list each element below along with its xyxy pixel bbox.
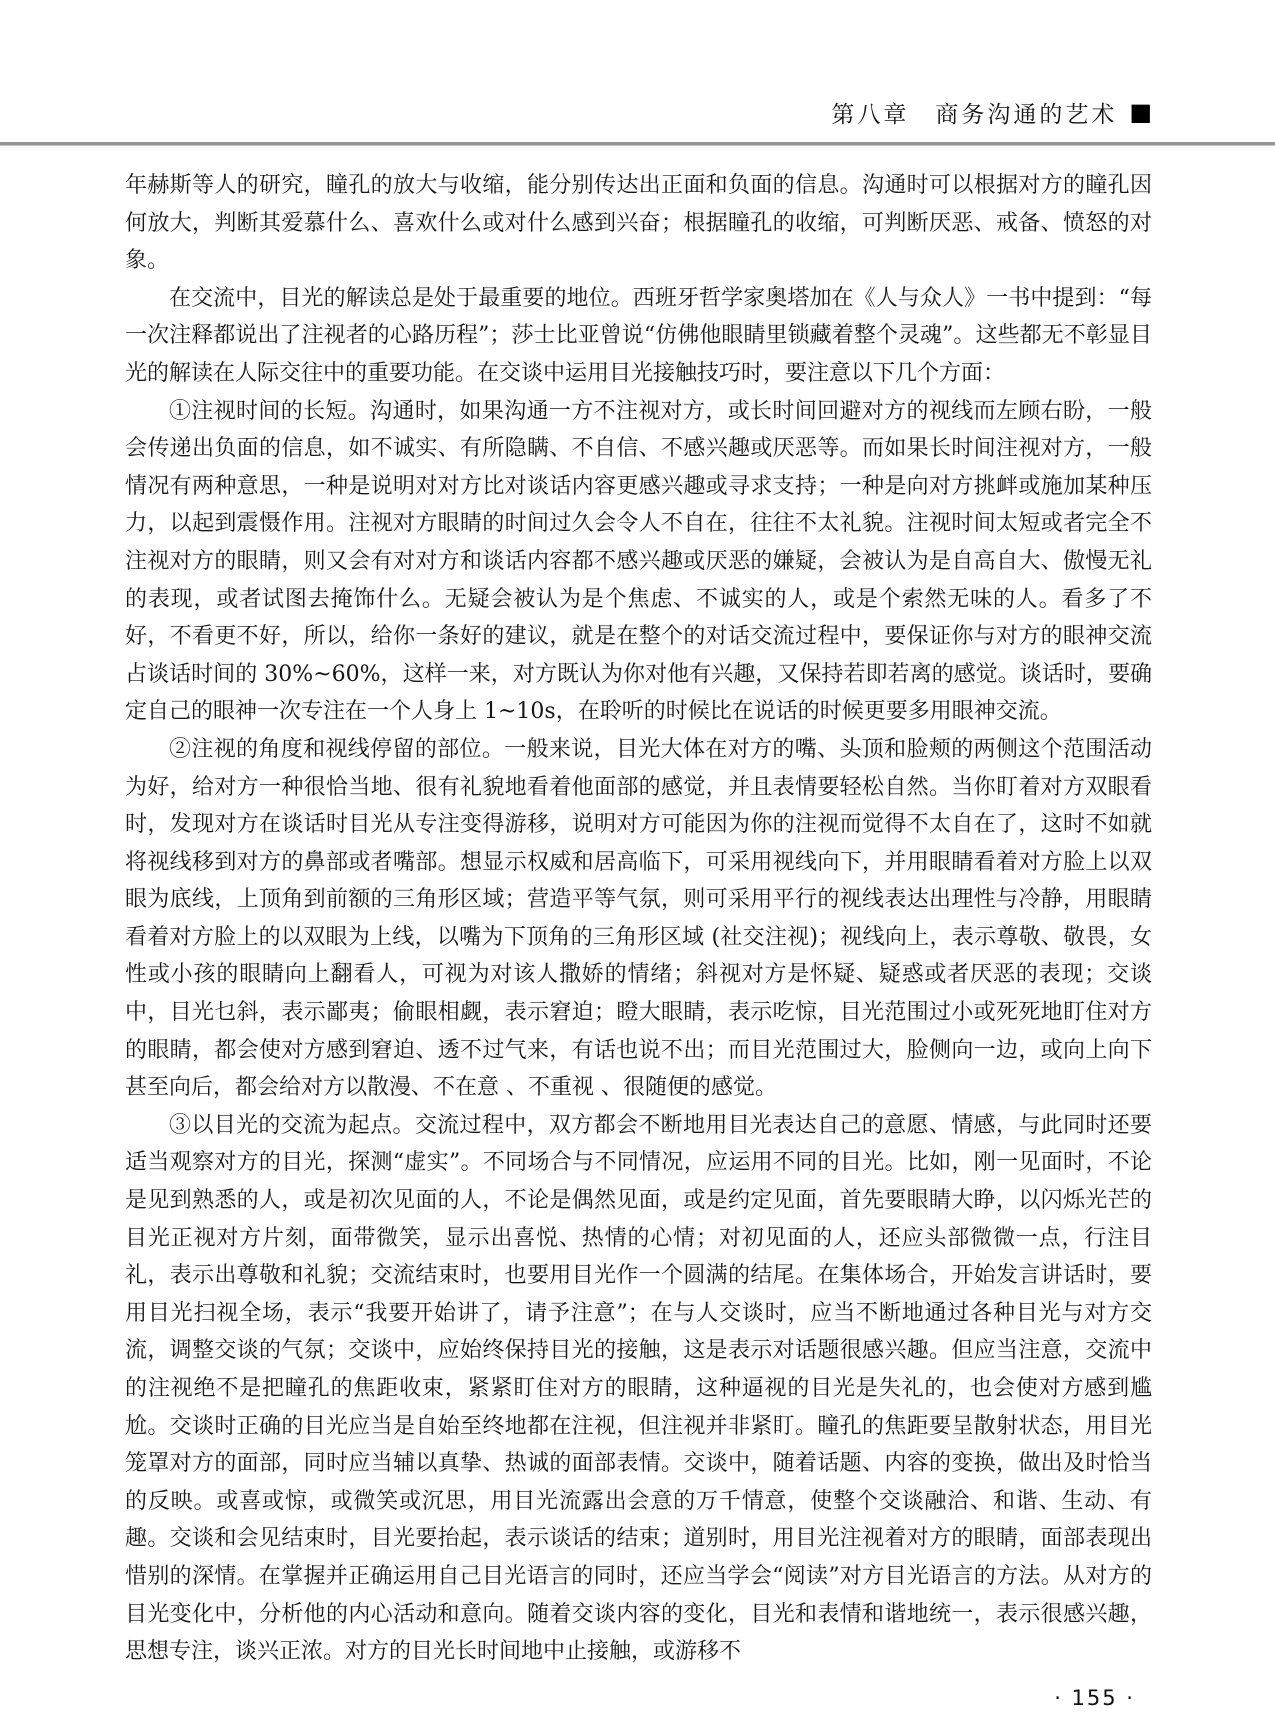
paragraph-gaze-angle: ②注视的角度和视线停留的部位。一般来说，目光大体在对方的嘴、头顶和脸颊的两侧这个… <box>125 731 1152 1107</box>
page-header: 第八章 商务沟通的艺术 ■ <box>0 0 1275 146</box>
header-rule <box>0 142 1275 146</box>
page-number: · 155 · <box>1054 1686 1135 1710</box>
running-head: 第八章 商务沟通的艺术 ■ <box>125 0 1152 129</box>
paragraph-pupil-signals: 年赫斯等人的研究，瞳孔的放大与收缩，能分别传达出正面和负面的信息。沟通时可以根据… <box>125 167 1152 280</box>
paragraph-gaze-exchange: ③以目光的交流为起点。交流过程中，双方都会不断地用目光表达自己的意愿、情感，与此… <box>125 1107 1152 1671</box>
paragraph-gaze-duration: ①注视时间的长短。沟通时，如果沟通一方不注视对方，或长时间回避对方的视线而左顾右… <box>125 393 1152 731</box>
black-square-icon: ■ <box>1129 100 1152 124</box>
page-body: 年赫斯等人的研究，瞳孔的放大与收缩，能分别传达出正面和负面的信息。沟通时可以根据… <box>125 167 1152 1671</box>
book-page: 第八章 商务沟通的艺术 ■ 年赫斯等人的研究，瞳孔的放大与收缩，能分别传达出正面… <box>0 0 1275 1718</box>
chapter-title: 第八章 商务沟通的艺术 <box>831 96 1117 129</box>
paragraph-gaze-importance: 在交流中，目光的解读总是处于最重要的地位。西班牙哲学家奥塔加在《人与众人》一书中… <box>125 280 1152 393</box>
page-footer: · 155 · <box>125 1686 1135 1710</box>
